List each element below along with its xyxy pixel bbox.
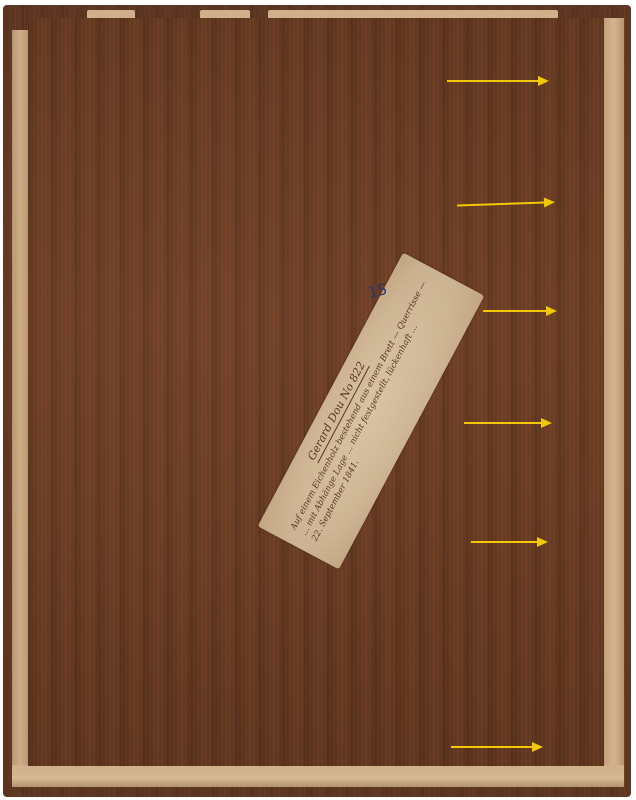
annotation-arrow-icon: [451, 746, 533, 748]
right-bevel-edge: [604, 18, 624, 770]
bottom-bevel-edge: [12, 765, 624, 787]
annotation-arrow-icon: [447, 80, 539, 82]
annotation-arrow-icon: [464, 422, 542, 424]
left-bevel-edge: [12, 30, 28, 770]
annotation-arrow-icon: [471, 541, 538, 543]
annotation-arrow-icon: [483, 310, 547, 312]
panel-wood-surface: [28, 18, 604, 766]
